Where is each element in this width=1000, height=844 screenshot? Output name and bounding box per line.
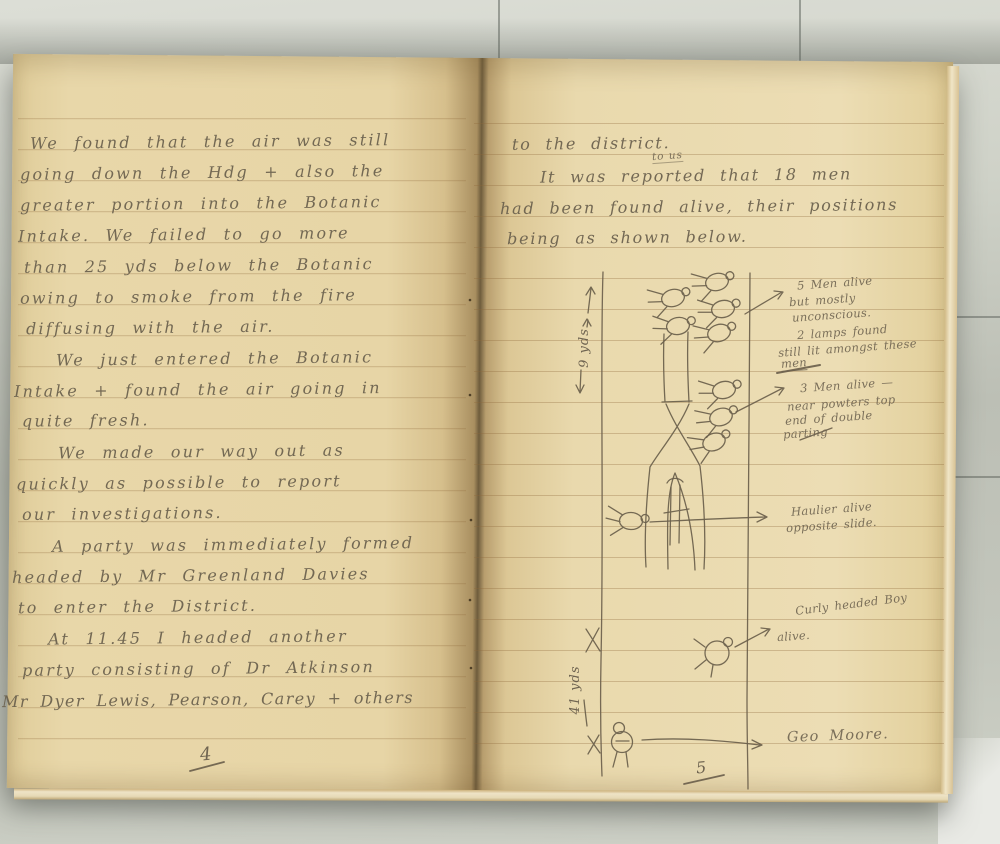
handwriting-line: to enter the District. (18, 596, 257, 618)
handwriting-line: quickly as possible to report (16, 471, 342, 493)
handwriting-line: being as shown below. (507, 227, 748, 249)
handwriting-line: diffusing with the air. (26, 317, 275, 339)
wall-seam (799, 0, 801, 70)
handwriting-line: It was reported that 18 men (540, 164, 852, 186)
handwriting-line: A party was immediately formed (52, 533, 414, 556)
handwriting-line: We made our way out as (58, 440, 345, 462)
handwriting-line: Intake. We failed to go more (18, 223, 350, 245)
wall-seam (952, 476, 1000, 478)
handwriting-line: than 25 yds below the Botanic (24, 254, 374, 277)
handwriting-line: We just entered the Botanic (56, 347, 373, 369)
page-number-left: 4 (199, 743, 213, 765)
wall-seam (498, 0, 500, 58)
page-number-right: 5 (695, 758, 707, 778)
handwriting-line: Intake + found the air going in (14, 378, 382, 401)
handwriting-line: our investigations. (22, 503, 223, 524)
wall-seam (952, 316, 1000, 318)
handwriting-line: party consisting of Dr Atkinson (22, 657, 375, 680)
annotation-5men: men (781, 355, 808, 372)
handwriting-line: to the district. (512, 133, 671, 154)
annotation-boy: alive. (777, 628, 811, 644)
handwriting-line: going down the Hdg + also the (20, 161, 385, 184)
handwriting-line: greater portion into the Botanic (20, 192, 382, 215)
notebook-photo: We found that the air was still going do… (0, 0, 1000, 844)
handwriting-line: At 11.45 I headed another (48, 626, 348, 648)
handwriting-line: headed by Mr Greenland Davies (12, 564, 370, 587)
handwriting-line: We found that the air was still (30, 130, 391, 153)
page-edge-bottom (14, 788, 948, 802)
handwriting-line: owing to smoke from the fire (20, 285, 357, 308)
inserted-word: to us (652, 149, 684, 164)
handwriting-line: quite fresh. (22, 410, 150, 430)
